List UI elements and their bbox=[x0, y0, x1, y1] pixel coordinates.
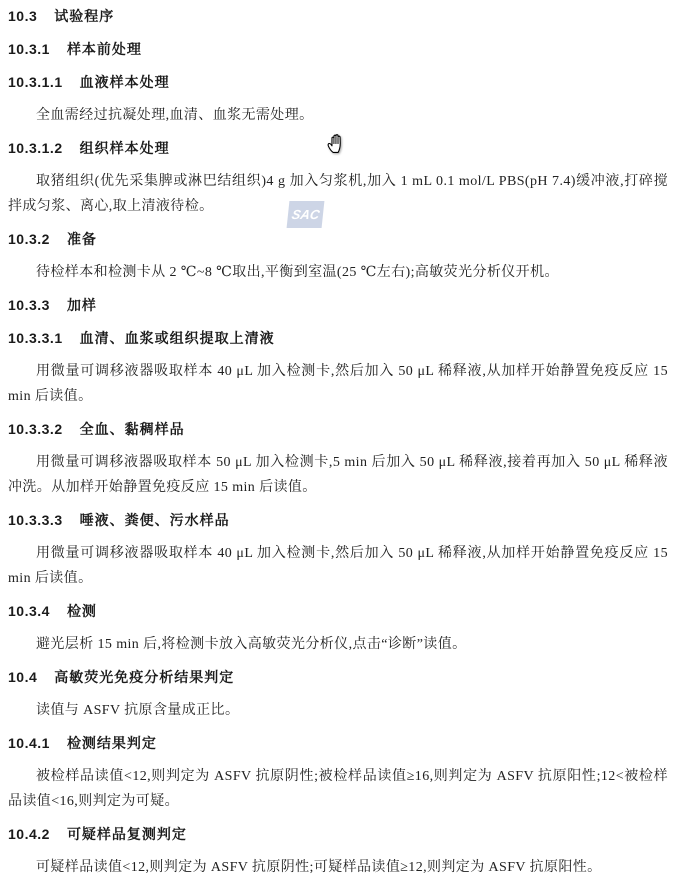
paragraph: 读值与 ASFV 抗原含量成正比。 bbox=[8, 698, 668, 723]
heading-10-3-3: 10.3.3加样 bbox=[8, 293, 668, 318]
document-page[interactable]: 10.3试验程序 10.3.1样本前处理 10.3.1.1血液样本处理 全血需经… bbox=[0, 0, 678, 881]
heading-10-3-1: 10.3.1样本前处理 bbox=[8, 37, 668, 62]
section-number: 10.3.3.2 bbox=[8, 421, 63, 437]
heading-10-3: 10.3试验程序 bbox=[8, 4, 668, 29]
section-number: 10.3.1.2 bbox=[8, 140, 63, 156]
paragraph: 避光层析 15 min 后,将检测卡放入高敏荧光分析仪,点击“诊断”读值。 bbox=[8, 632, 668, 657]
paragraph: 全血需经过抗凝处理,血清、血浆无需处理。 bbox=[8, 103, 668, 128]
heading-10-4: 10.4高敏荧光免疫分析结果判定 bbox=[8, 665, 668, 690]
section-title: 可疑样品复测判定 bbox=[67, 826, 187, 842]
section-number: 10.3.1.1 bbox=[8, 74, 63, 90]
section-number: 10.3.1 bbox=[8, 41, 50, 57]
section-number: 10.4.2 bbox=[8, 826, 50, 842]
paragraph: 待检样本和检测卡从 2 ℃~8 ℃取出,平衡到室温(25 ℃左右);高敏荧光分析… bbox=[8, 260, 668, 285]
section-number: 10.3.3.1 bbox=[8, 330, 63, 346]
heading-10-3-1-1: 10.3.1.1血液样本处理 bbox=[8, 70, 668, 95]
section-title: 准备 bbox=[67, 231, 97, 247]
heading-10-3-3-3: 10.3.3.3唾液、粪便、污水样品 bbox=[8, 508, 668, 533]
section-title: 样本前处理 bbox=[67, 41, 142, 57]
section-number: 10.3.3 bbox=[8, 297, 50, 313]
section-number: 10.3.4 bbox=[8, 603, 50, 619]
heading-10-3-4: 10.3.4检测 bbox=[8, 599, 668, 624]
section-title: 唾液、粪便、污水样品 bbox=[80, 512, 230, 528]
heading-10-4-1: 10.4.1检测结果判定 bbox=[8, 731, 668, 756]
paragraph: 用微量可调移液器吸取样本 40 μL 加入检测卡,然后加入 50 μL 稀释液,… bbox=[8, 541, 668, 591]
section-number: 10.3 bbox=[8, 8, 37, 24]
paragraph: 取猪组织(优先采集脾或淋巴结组织)4 g 加入匀浆机,加入 1 mL 0.1 m… bbox=[8, 169, 668, 219]
section-title: 全血、黏稠样品 bbox=[80, 421, 185, 437]
heading-10-4-2: 10.4.2可疑样品复测判定 bbox=[8, 822, 668, 847]
paragraph: 被检样品读值<12,则判定为 ASFV 抗原阴性;被检样品读值≥16,则判定为 … bbox=[8, 764, 668, 814]
section-number: 10.4 bbox=[8, 669, 37, 685]
section-title: 血液样本处理 bbox=[80, 74, 170, 90]
section-title: 检测结果判定 bbox=[67, 735, 157, 751]
paragraph: 用微量可调移液器吸取样本 50 μL 加入检测卡,5 min 后加入 50 μL… bbox=[8, 450, 668, 500]
heading-10-3-3-2: 10.3.3.2全血、黏稠样品 bbox=[8, 417, 668, 442]
section-number: 10.3.3.3 bbox=[8, 512, 63, 528]
section-title: 血清、血浆或组织提取上清液 bbox=[80, 330, 275, 346]
section-number: 10.4.1 bbox=[8, 735, 50, 751]
section-title: 试验程序 bbox=[54, 8, 114, 24]
section-number: 10.3.2 bbox=[8, 231, 50, 247]
heading-10-3-2: 10.3.2准备 bbox=[8, 227, 668, 252]
section-title: 加样 bbox=[67, 297, 97, 313]
section-title: 检测 bbox=[67, 603, 97, 619]
paragraph: 用微量可调移液器吸取样本 40 μL 加入检测卡,然后加入 50 μL 稀释液,… bbox=[8, 359, 668, 409]
heading-10-3-3-1: 10.3.3.1血清、血浆或组织提取上清液 bbox=[8, 326, 668, 351]
paragraph: 可疑样品读值<12,则判定为 ASFV 抗原阴性;可疑样品读值≥12,则判定为 … bbox=[8, 855, 668, 880]
heading-10-3-1-2: 10.3.1.2组织样本处理 bbox=[8, 136, 668, 161]
section-title: 组织样本处理 bbox=[80, 140, 170, 156]
section-title: 高敏荧光免疫分析结果判定 bbox=[54, 669, 234, 685]
